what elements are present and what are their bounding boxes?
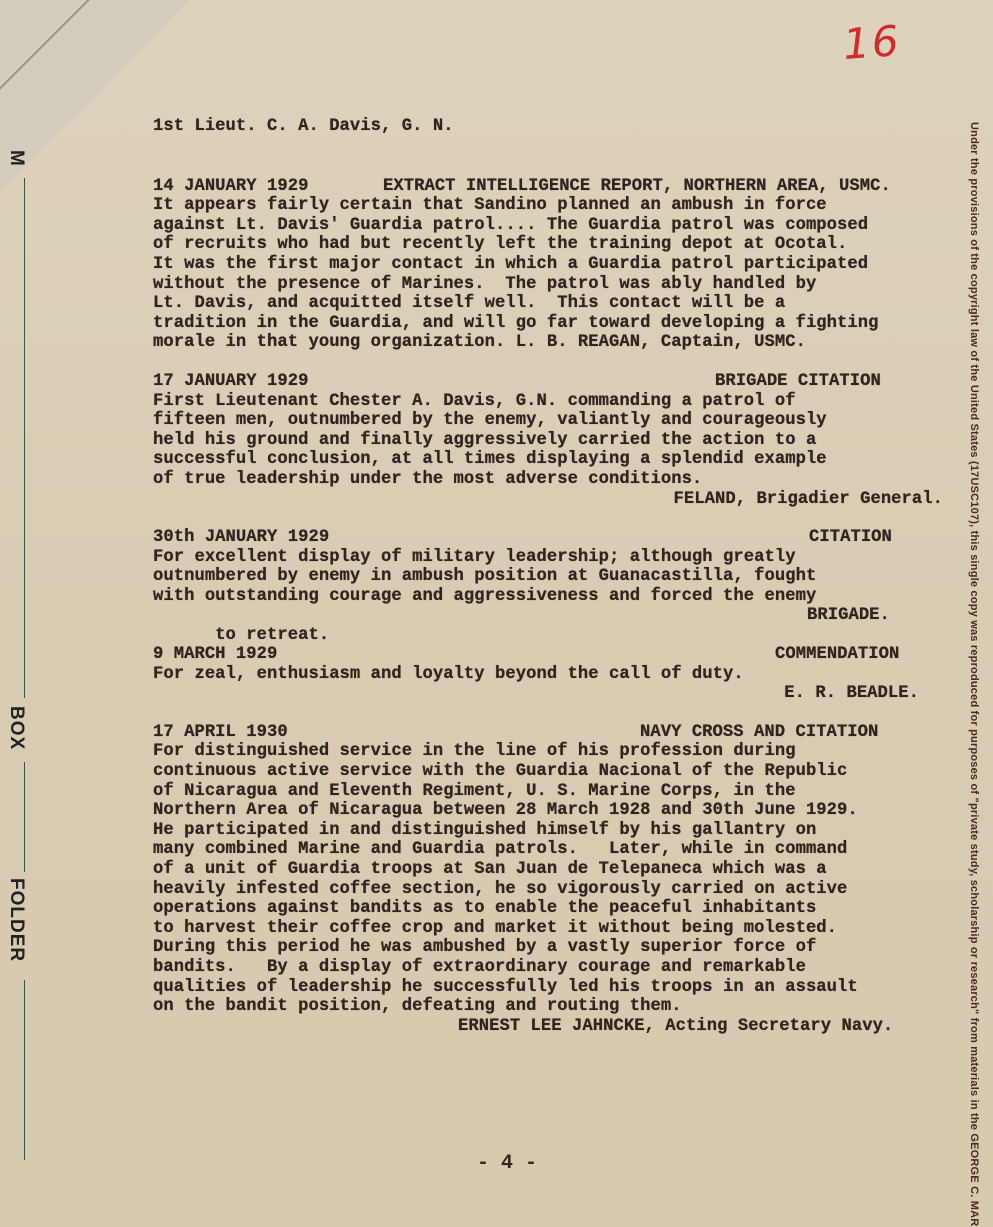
- entry-signature: BRIGADE.: [807, 606, 890, 626]
- entry-text-line: During this period he was ambushed by a …: [153, 938, 953, 958]
- entry-text-line: to harvest their coffee crop and market …: [153, 919, 953, 939]
- entry-heading: 14 JANUARY 1929 EXTRACT INTELLIGENCE REP…: [153, 177, 983, 197]
- entry-text-line: on the bandit position, defeating and ro…: [153, 997, 953, 1017]
- entry-signature: ERNEST LEE JAHNCKE, Acting Secretary Nav…: [153, 1017, 953, 1037]
- entry-text-line: For zeal, enthusiasm and loyalty beyond …: [153, 665, 913, 685]
- label-line: [24, 178, 25, 698]
- entry-text-line: First Lieutenant Chester A. Davis, G.N. …: [153, 392, 913, 412]
- entry-citation: 30th JANUARY 1929 CITATION For excellent…: [153, 528, 913, 626]
- entry-date: 9 MARCH 1929: [153, 645, 277, 665]
- entry-text-line: It appears fairly certain that Sandino p…: [153, 196, 983, 216]
- entry-brigade-citation: 17 JANUARY 1929 BRIGADE CITATION First L…: [153, 372, 913, 509]
- entry-heading: 9 MARCH 1929 COMMENDATION: [153, 645, 913, 665]
- entry-text-line: with outstanding courage and aggressiven…: [153, 587, 913, 607]
- entry-type: CITATION: [809, 528, 892, 548]
- entry-text-line: Lt. Davis, and acquitted itself well. Th…: [153, 294, 983, 314]
- entry-intelligence-report: 14 JANUARY 1929 EXTRACT INTELLIGENCE REP…: [153, 177, 983, 353]
- entry-signature: FELAND, Brigadier General.: [153, 490, 943, 510]
- entry-type: BRIGADE CITATION: [715, 372, 881, 392]
- page-number: - 4 -: [477, 1152, 537, 1175]
- entry-text-line: fifteen men, outnumbered by the enemy, v…: [153, 411, 913, 431]
- folder-label-strip: M BOX FOLDER: [0, 150, 40, 1227]
- entry-date: 17 JANUARY 1929: [153, 372, 308, 392]
- entry-text-line: Northern Area of Nicaragua between 28 Ma…: [153, 801, 953, 821]
- entry-date: 17 APRIL 1930: [153, 723, 288, 743]
- entry-type: COMMENDATION: [775, 645, 899, 665]
- box-label: BOX: [5, 706, 27, 750]
- entry-text-line: operations against bandits as to enable …: [153, 899, 953, 919]
- document-body: 1st Lieut. C. A. Davis, G. N. 14 JANUARY…: [153, 117, 983, 1055]
- entry-text-line: heavily infested coffee section, he so v…: [153, 880, 953, 900]
- entry-text-line: without the presence of Marines. The pat…: [153, 275, 983, 295]
- entry-navy-cross: 17 APRIL 1930 NAVY CROSS AND CITATION Fo…: [153, 723, 953, 1037]
- entry-text-line: tradition in the Guardia, and will go fa…: [153, 314, 983, 334]
- document-header: 1st Lieut. C. A. Davis, G. N.: [153, 117, 983, 137]
- entry-text-line: morale in that young organization. L. B.…: [153, 333, 983, 353]
- folder-label: FOLDER: [5, 878, 27, 962]
- entry-text-line: of a unit of Guardia troops at San Juan …: [153, 860, 953, 880]
- entry-date: 30th JANUARY 1929: [153, 528, 329, 548]
- entry-heading: 17 APRIL 1930 NAVY CROSS AND CITATION: [153, 723, 953, 743]
- entry-text-line: many combined Marine and Guardia patrols…: [153, 840, 953, 860]
- folder-label-fragment: M: [5, 150, 27, 167]
- entry-text-line: of true leadership under the most advers…: [153, 470, 913, 490]
- entry-text-line: against Lt. Davis' Guardia patrol.... Th…: [153, 216, 983, 236]
- entry-text-line: For excellent display of military leader…: [153, 548, 913, 568]
- entry-text: to retreat.: [215, 626, 329, 645]
- handwritten-page-mark: 16: [841, 16, 902, 69]
- entry-text-line: of recruits who had but recently left th…: [153, 235, 983, 255]
- entry-text-line: qualities of leadership he successfully …: [153, 978, 953, 998]
- entry-text-line: of Nicaragua and Eleventh Regiment, U. S…: [153, 782, 953, 802]
- entry-text-line: to retreat. BRIGADE.: [153, 606, 913, 626]
- entry-type: EXTRACT INTELLIGENCE REPORT, NORTHERN AR…: [383, 177, 891, 197]
- label-line: [24, 980, 25, 1160]
- entry-date: 14 JANUARY 1929: [153, 177, 308, 197]
- entry-signature: E. R. BEADLE.: [153, 684, 919, 704]
- label-line: [24, 762, 25, 872]
- entry-text-line: He participated in and distinguished him…: [153, 821, 953, 841]
- entry-type: NAVY CROSS AND CITATION: [640, 723, 878, 743]
- entry-commendation: 9 MARCH 1929 COMMENDATION For zeal, enth…: [153, 645, 913, 704]
- entry-text-line: continuous active service with the Guard…: [153, 762, 953, 782]
- entry-text-line: It was the first major contact in which …: [153, 255, 983, 275]
- entry-heading: 30th JANUARY 1929 CITATION: [153, 528, 913, 548]
- entry-heading: 17 JANUARY 1929 BRIGADE CITATION: [153, 372, 913, 392]
- entry-text-line: bandits. By a display of extraordinary c…: [153, 958, 953, 978]
- entry-text-line: For distinguished service in the line of…: [153, 742, 953, 762]
- entry-text-line: successful conclusion, at all times disp…: [153, 450, 913, 470]
- entry-text-line: held his ground and finally aggressively…: [153, 431, 913, 451]
- entry-text-line: outnumbered by enemy in ambush position …: [153, 567, 913, 587]
